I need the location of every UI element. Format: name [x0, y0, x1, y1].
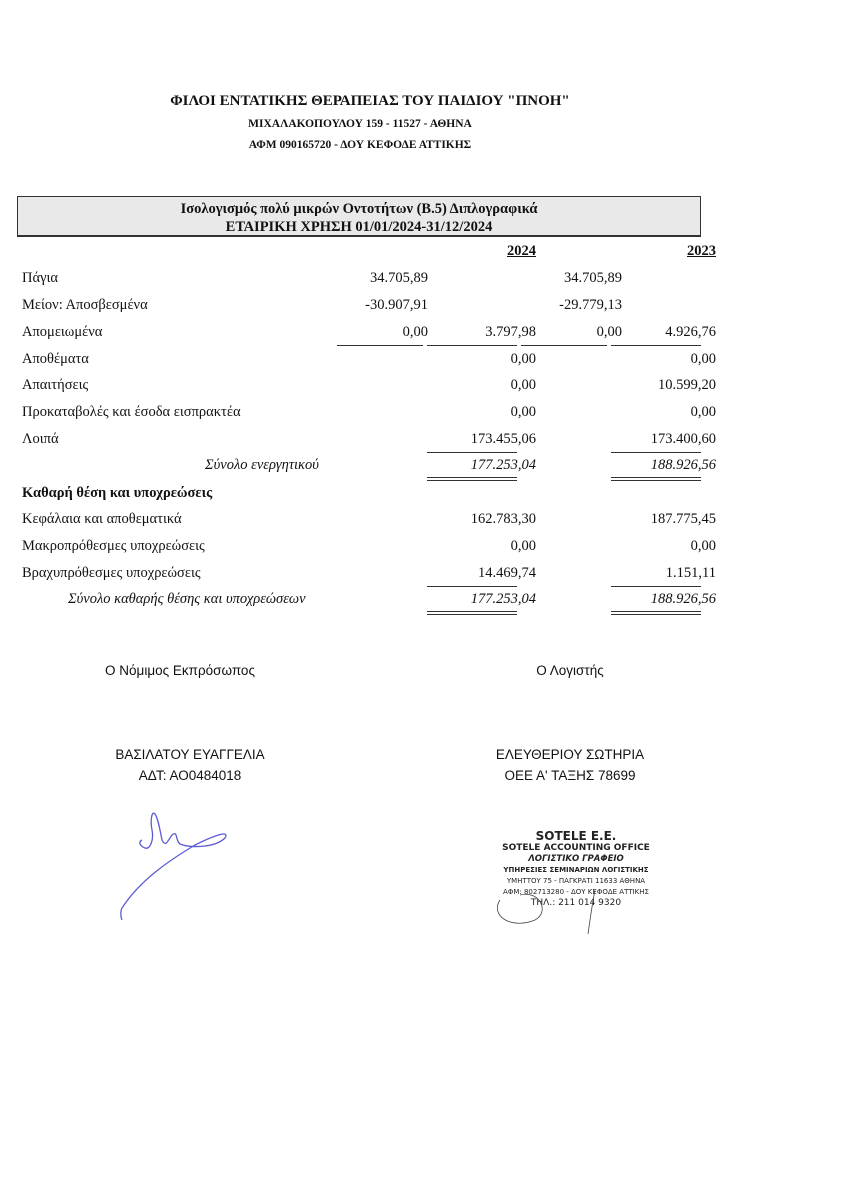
accountant-id: ΟΕΕ Α' ΤΑΞΗΣ 78699: [460, 768, 680, 783]
total-equity-liabilities-row: Σύνολο καθαρής θέσης και υποχρεώσεων 177…: [22, 591, 712, 613]
cell-value: 0,00: [582, 404, 716, 421]
cell-value: 187.775,45: [582, 511, 716, 528]
underline: [337, 345, 423, 346]
cell-value: 0,00: [422, 351, 536, 368]
organization-name: ΦΙΛΟΙ ΕΝΤΑΤΙΚΗΣ ΘΕΡΑΠΕΙΑΣ ΤΟΥ ΠΑΙΔΙΟΥ "Π…: [0, 93, 740, 110]
cell-value: 0,00: [312, 324, 428, 341]
year-2023-header: 2023: [582, 243, 716, 260]
double-underline: [427, 477, 517, 481]
legal-representative-name: ΒΑΣΙΛΑΤΟΥ ΕΥΑΓΓΕΛΙΑ: [80, 747, 300, 762]
underline: [611, 345, 701, 346]
row-label: Μείον: Αποσβεσμένα: [22, 297, 148, 314]
cell-value: 1.151,11: [582, 565, 716, 582]
double-underline: [611, 611, 701, 615]
cell-value: -29.779,13: [492, 297, 622, 314]
cell-value: 0,00: [582, 351, 716, 368]
cell-value: 0,00: [422, 377, 536, 394]
legal-representative-id: ΑΔΤ: ΑΟ0484018: [80, 768, 300, 783]
total-assets-2023: 188.926,56: [582, 457, 716, 474]
cell-value: 10.599,20: [582, 377, 716, 394]
table-row: Κεφάλαια και αποθεματικά 162.783,30 187.…: [22, 511, 712, 533]
cell-value: 34.705,89: [492, 270, 622, 287]
underline: [427, 345, 517, 346]
organization-address: ΜΙΧΑΛΑΚΟΠΟΥΛΟΥ 159 - 11527 - ΑΘΗΝΑ: [0, 118, 720, 130]
cell-value: 0,00: [582, 538, 716, 555]
total-assets-row: Σύνολο ενεργητικού 177.253,04 188.926,56: [22, 457, 712, 479]
year-2024-header: 2024: [422, 243, 536, 260]
cell-value: 34.705,89: [312, 270, 428, 287]
cell-value: -30.907,91: [312, 297, 428, 314]
table-row: Απαιτήσεις 0,00 10.599,20: [22, 377, 712, 399]
table-row: Πάγια 34.705,89 34.705,89: [22, 270, 712, 292]
signature-scribble-right: [480, 870, 640, 940]
stamp-line: SOTELE ACCOUNTING OFFICE: [466, 843, 686, 854]
table-row: Απομειωμένα 0,00 3.797,98 0,00 4.926,76: [22, 324, 712, 346]
underline: [521, 345, 607, 346]
row-label: Προκαταβολές και έσοδα εισπρακτέα: [22, 404, 241, 421]
table-row: Λοιπά 173.455,06 173.400,60: [22, 431, 712, 453]
stamp-line: SOTELE E.E.: [466, 830, 686, 843]
accountant-role: Ο Λογιστής: [470, 663, 670, 678]
double-underline: [427, 611, 517, 615]
cell-value: 0,00: [422, 538, 536, 555]
table-row: Αποθέματα 0,00 0,00: [22, 351, 712, 373]
row-label: Λοιπά: [22, 431, 59, 448]
cell-value: 4.926,76: [582, 324, 716, 341]
row-label: Μακροπρόθεσμες υποχρεώσεις: [22, 538, 205, 555]
table-row: Μακροπρόθεσμες υποχρεώσεις 0,00 0,00: [22, 538, 712, 560]
underline: [427, 586, 517, 587]
total-assets-label: Σύνολο ενεργητικού: [205, 457, 319, 474]
underline: [611, 452, 701, 453]
row-label: Κεφάλαια και αποθεματικά: [22, 511, 182, 528]
row-label: Πάγια: [22, 270, 58, 287]
underline: [611, 586, 701, 587]
cell-value: 0,00: [422, 404, 536, 421]
cell-value: 14.469,74: [422, 565, 536, 582]
section-heading-row: Καθαρή θέση και υποχρεώσεις: [22, 485, 712, 507]
equity-heading: Καθαρή θέση και υποχρεώσεις: [22, 485, 212, 502]
table-row: Μείον: Αποσβεσμένα -30.907,91 -29.779,13: [22, 297, 712, 319]
accountant-name: ΕΛΕΥΘΕΡΙΟΥ ΣΩΤΗΡΙΑ: [460, 747, 680, 762]
signature-scribble-left: [80, 800, 280, 930]
statement-title-box: Ισολογισμός πολύ μικρών Οντοτήτων (Β.5) …: [17, 196, 701, 237]
row-label: Βραχυπρόθεσμες υποχρεώσεις: [22, 565, 201, 582]
year-header-row: 2024 2023: [22, 243, 712, 265]
stamp-line: ΛΟΓΙΣΤΙΚΟ ΓΡΑΦΕΙΟ: [466, 854, 686, 865]
row-label: Αποθέματα: [22, 351, 89, 368]
underline: [427, 452, 517, 453]
cell-value: 173.400,60: [582, 431, 716, 448]
row-label: Απαιτήσεις: [22, 377, 88, 394]
organization-tax-info: ΑΦΜ 090165720 - ΔΟΥ ΚΕΦΟΔΕ ΑΤΤΙΚΗΣ: [0, 139, 720, 151]
table-row: Προκαταβολές και έσοδα εισπρακτέα 0,00 0…: [22, 404, 712, 426]
statement-period: ΕΤΑΙΡΙΚΗ ΧΡΗΣΗ 01/01/2024-31/12/2024: [18, 218, 700, 236]
double-underline: [611, 477, 701, 481]
total-assets-2024: 177.253,04: [422, 457, 536, 474]
table-row: Βραχυπρόθεσμες υποχρεώσεις 14.469,74 1.1…: [22, 565, 712, 587]
row-label: Απομειωμένα: [22, 324, 102, 341]
total-el-2023: 188.926,56: [582, 591, 716, 608]
statement-title: Ισολογισμός πολύ μικρών Οντοτήτων (Β.5) …: [18, 200, 700, 218]
cell-value: 173.455,06: [422, 431, 536, 448]
total-el-2024: 177.253,04: [422, 591, 536, 608]
legal-representative-role: Ο Νόμιμος Εκπρόσωπος: [60, 663, 300, 678]
cell-value: 162.783,30: [422, 511, 536, 528]
total-equity-liabilities-label: Σύνολο καθαρής θέσης και υποχρεώσεων: [68, 591, 306, 608]
